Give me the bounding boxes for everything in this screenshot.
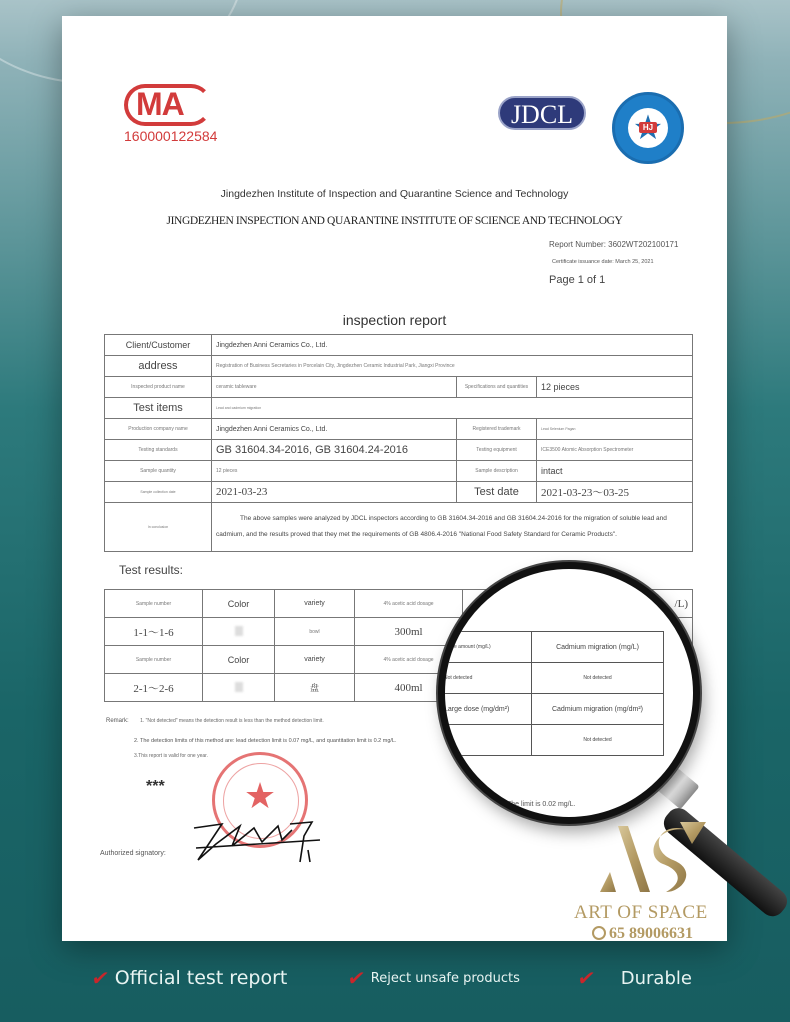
report-title: inspection report	[62, 312, 727, 328]
masked-name: ***	[146, 778, 165, 796]
trademark-value: Lead Selenium Pagan	[537, 419, 693, 440]
spec-value: 12 pieces	[537, 377, 693, 398]
cell: bowl	[275, 618, 355, 646]
address-label: address	[105, 356, 212, 377]
remark-label: Remark:	[106, 718, 129, 724]
table-row: Production company name Jingdezhen Anni …	[105, 419, 693, 440]
cell: 2-1～2-6	[105, 674, 203, 702]
feature-label: Official test report	[115, 967, 288, 989]
conclusion-label: In conclusion	[105, 503, 212, 552]
table-row: Sample quantity 12 pieces Sample descrip…	[105, 461, 693, 482]
test-date-label: Test date	[457, 482, 537, 503]
quantity-value: 12 pieces	[212, 461, 457, 482]
spec-label: Specifications and quantities	[457, 377, 537, 398]
color-swatch	[203, 674, 275, 702]
remark-line-3: 3.This report is valid for one year.	[134, 753, 208, 759]
checkmark-icon: ✔	[90, 966, 111, 990]
test-items-value: Lead and cadmium migration	[212, 398, 693, 419]
checkmark-icon: ✔	[346, 966, 367, 990]
remark-line-2: 2. The detection limits of this method a…	[134, 738, 397, 744]
info-table: Client/Customer Jingdezhen Anni Ceramics…	[104, 334, 693, 552]
collection-value: 2021-03-23	[212, 482, 457, 503]
limit-note: The limit is 0.02 mg/L.	[507, 801, 575, 808]
institute-name: Jingdezhen Institute of Inspection and Q…	[62, 188, 727, 200]
cell: variety	[275, 646, 355, 674]
cell: Large amount (mg/L)	[440, 632, 532, 663]
remark-line-1: Remark: 1. "Not detected" means the dete…	[106, 718, 324, 724]
cell: Color	[203, 590, 275, 618]
cell: Sample number	[105, 646, 203, 674]
cell: 4% acetic acid dosage	[355, 590, 463, 618]
cell: 盘	[275, 674, 355, 702]
table-row: Testing standards GB 31604.34-2016, GB 3…	[105, 440, 693, 461]
art-of-space-logo-icon	[588, 820, 708, 900]
table-row: Not detected	[440, 725, 664, 756]
handwritten-signature	[192, 816, 322, 866]
magnifier-lens: Large amount (mg/L) Cadmium migration (m…	[438, 562, 700, 824]
test-date-value: 2021-03-23～03-25	[537, 482, 693, 503]
page-indicator: Page 1 of 1	[549, 274, 605, 286]
whatsapp-icon	[592, 926, 606, 940]
cma-logo: MA 160000122584	[124, 82, 216, 148]
cell: Not detected	[532, 663, 664, 694]
certificate-date: Certificate issuance date: March 25, 202…	[552, 259, 654, 265]
table-row: Test items Lead and cadmium migration	[105, 398, 693, 419]
cell	[440, 725, 532, 756]
table-row: In conclusion The above samples were ana…	[105, 503, 693, 552]
producer-label: Production company name	[105, 419, 212, 440]
cell: variety	[275, 590, 355, 618]
equipment-value: ICE3500 Atomic Absorption Spectrometer	[537, 440, 693, 461]
table-row: Client/Customer Jingdezhen Anni Ceramics…	[105, 335, 693, 356]
cell: Cadmium migration (mg/L)	[532, 632, 664, 663]
authorized-signatory-label: Authorized signatory:	[100, 850, 166, 857]
table-row: Not detected Not detected	[440, 663, 664, 694]
table-row: address Registration of Business Secreta…	[105, 356, 693, 377]
table-row: Inspected product name ceramic tableware…	[105, 377, 693, 398]
trademark-label: Registered trademark	[457, 419, 537, 440]
product-value: ceramic tableware	[212, 377, 457, 398]
standards-label: Testing standards	[105, 440, 212, 461]
description-value: intact	[537, 461, 693, 482]
table-row: Large amount (mg/L) Cadmium migration (m…	[440, 632, 664, 663]
cell: 1-1～1-6	[105, 618, 203, 646]
checkmark-icon: ✔	[576, 966, 597, 990]
brand-name: ART OF SPACE	[574, 902, 708, 924]
table-row: Large dose (mg/dm²) Cadmium migration (m…	[440, 694, 664, 725]
magnified-results-table: Large amount (mg/L) Cadmium migration (m…	[439, 631, 664, 756]
hj-badge: HJ	[639, 122, 657, 133]
hj-seal-logo: ★ HJ	[612, 92, 684, 164]
cell: Sample number	[105, 590, 203, 618]
cell: Not detected	[440, 663, 532, 694]
color-swatch	[203, 618, 275, 646]
feature-official-test-report: ✔ Official test report	[92, 966, 287, 990]
remark-text: 1. "Not detected" means the detection re…	[140, 718, 324, 724]
conclusion-value: The above samples were analyzed by JDCL …	[212, 503, 693, 552]
address-value: Registration of Business Secretaries in …	[212, 356, 693, 377]
quantity-label: Sample quantity	[105, 461, 212, 482]
jdcl-logo: JDCL	[498, 96, 586, 130]
test-items-label: Test items	[105, 398, 212, 419]
producer-value: Jingdezhen Anni Ceramics Co., Ltd.	[212, 419, 457, 440]
cma-number: 160000122584	[124, 128, 217, 144]
table-row: Sample collection date 2021-03-23 Test d…	[105, 482, 693, 503]
brand-phone: 65 89006631	[592, 925, 693, 943]
feature-label: Reject unsafe products	[371, 971, 520, 986]
collection-label: Sample collection date	[105, 482, 212, 503]
institute-name-caps: JINGDEZHEN INSPECTION AND QUARANTINE INS…	[62, 215, 727, 227]
client-label: Client/Customer	[105, 335, 212, 356]
cell: Large dose (mg/dm²)	[440, 694, 532, 725]
star-icon: ★	[215, 775, 305, 817]
equipment-label: Testing equipment	[457, 440, 537, 461]
test-results-label: Test results:	[119, 563, 183, 577]
product-label: Inspected product name	[105, 377, 212, 398]
phone-number: 65 89006631	[609, 925, 693, 942]
feature-reject-unsafe: ✔ Reject unsafe products	[348, 966, 520, 990]
description-label: Sample description	[457, 461, 537, 482]
feature-durable: ✔ Durable	[578, 966, 692, 990]
client-value: Jingdezhen Anni Ceramics Co., Ltd.	[212, 335, 693, 356]
cell: Not detected	[532, 725, 664, 756]
feature-label: Durable	[621, 968, 692, 989]
cell: Color	[203, 646, 275, 674]
standards-value: GB 31604.34-2016, GB 31604.24-2016	[212, 440, 457, 461]
cell: Cadmium migration (mg/dm²)	[532, 694, 664, 725]
cma-logo-text: MA	[136, 86, 184, 123]
report-number: Report Number: 3602WT202100171	[549, 240, 678, 249]
